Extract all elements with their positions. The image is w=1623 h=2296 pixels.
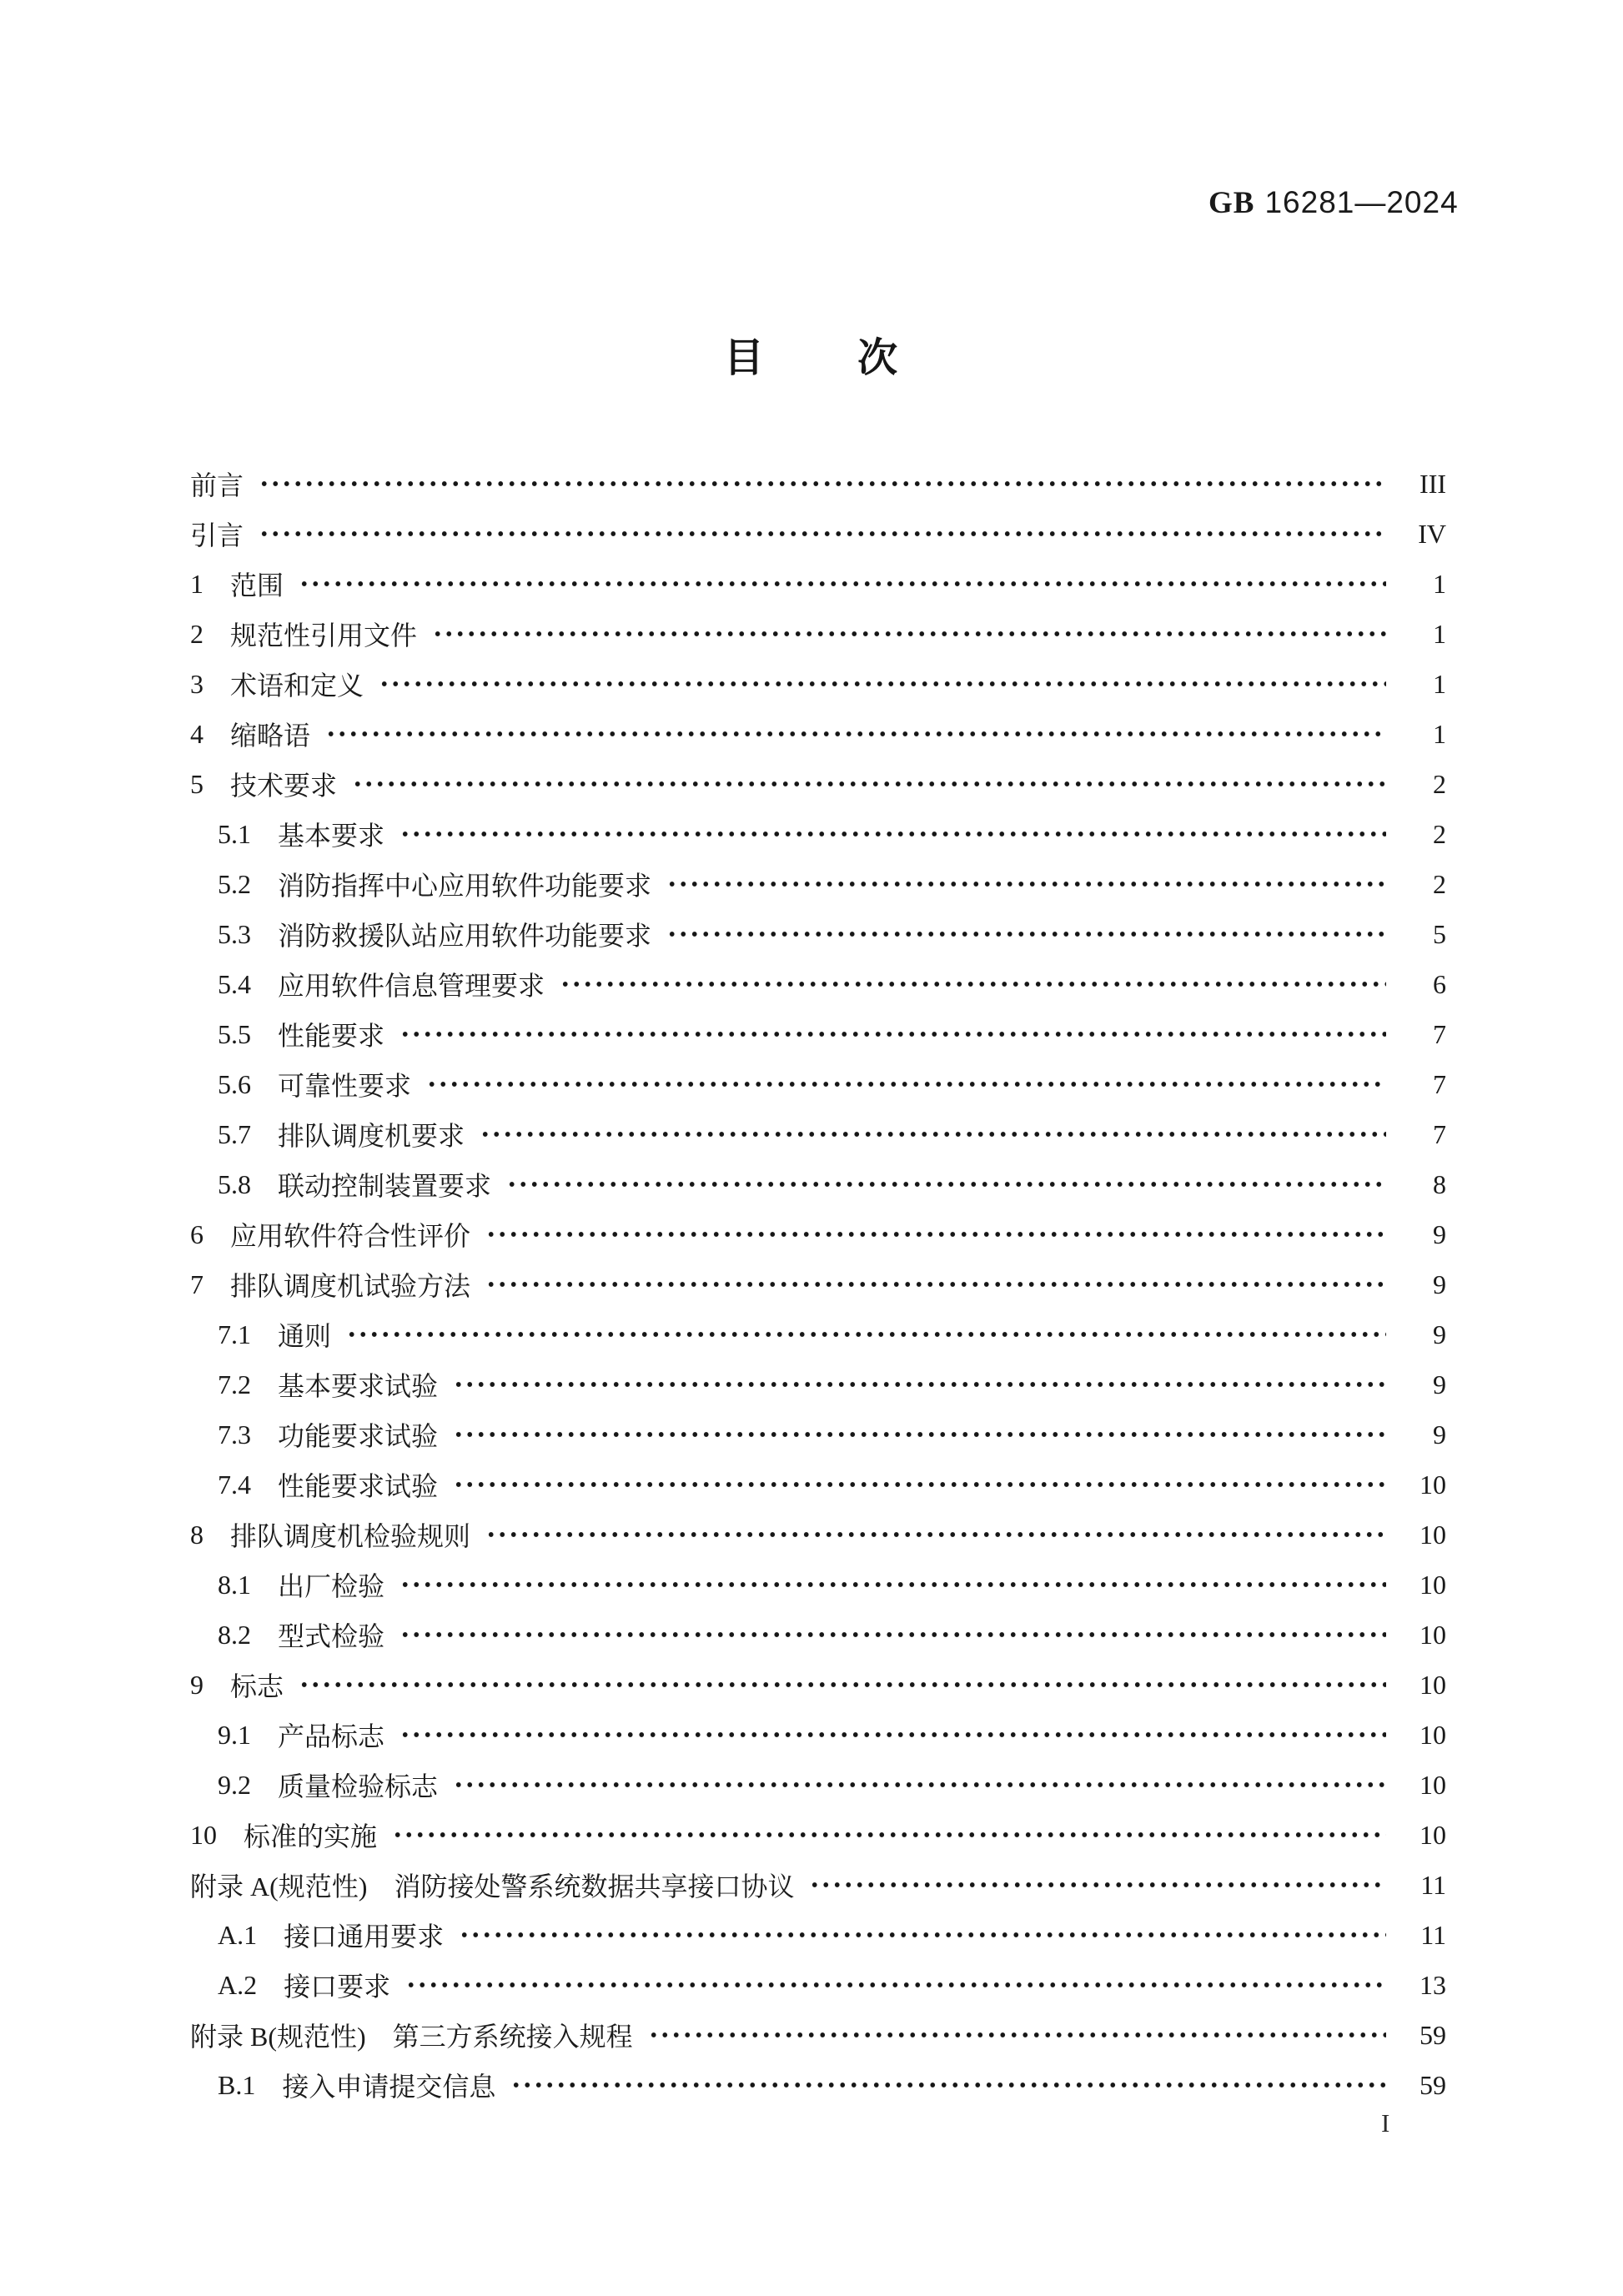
toc-entry-page: 10 <box>1398 1670 1446 1701</box>
toc-entry-number: 5.1 <box>218 819 251 850</box>
toc-entry: 附录 B(规范性)第三方系统接入规程59 <box>190 2010 1446 2060</box>
toc-entry: 7.1通则9 <box>190 1309 1446 1359</box>
toc-entry-page: 1 <box>1398 669 1446 700</box>
toc-entry-title: 标志 <box>230 1665 284 1704</box>
toc-entry-number: 7.3 <box>218 1419 251 1450</box>
page-title: 目 次 <box>0 325 1623 383</box>
toc-entry: 5.5性能要求7 <box>190 1009 1446 1059</box>
dot-leader <box>509 2060 1386 2110</box>
toc-entry: 5.6可靠性要求7 <box>190 1059 1446 1109</box>
toc-entry-title: 应用软件符合性评价 <box>230 1215 470 1254</box>
dot-leader <box>665 859 1386 909</box>
toc-entry-number: 10 <box>190 1820 217 1851</box>
document-page: GB16281—2024 目 次 前言III引言IV1范围12规范性引用文件13… <box>0 0 1623 2296</box>
toc-entry-number: 附录 B(规范性) <box>190 2016 366 2054</box>
dot-leader <box>398 809 1386 859</box>
dot-leader <box>430 609 1386 659</box>
toc-entry-number: 5.5 <box>218 1019 251 1050</box>
toc-entry-number: 7.1 <box>218 1319 251 1350</box>
toc-entry-title: 接口通用要求 <box>284 1916 444 1954</box>
toc-entry-title: 技术要求 <box>230 765 337 803</box>
toc-entry-number: 5.3 <box>218 919 251 950</box>
dot-leader <box>451 1359 1386 1409</box>
toc-entry-page: IV <box>1398 519 1446 550</box>
toc-entry-title: 接入申请提交信息 <box>282 2066 495 2104</box>
toc-entry-number: 6 <box>190 1219 204 1250</box>
toc-entry-page: 10 <box>1398 1520 1446 1550</box>
toc-entry-page: 1 <box>1398 619 1446 650</box>
dot-leader <box>404 1960 1386 2010</box>
toc-entry: 4缩略语1 <box>190 709 1446 759</box>
toc-entry-title: 排队调度机要求 <box>278 1115 465 1153</box>
toc-entry: 前言III <box>190 459 1446 509</box>
toc-entry-title: 规范性引用文件 <box>230 615 417 653</box>
toc-entry-title: 前言 <box>190 465 244 503</box>
toc-entry-page: 10 <box>1398 1570 1446 1600</box>
dot-leader <box>297 1660 1386 1710</box>
dot-leader <box>344 1309 1386 1359</box>
toc-entry-number: B.1 <box>218 2070 255 2101</box>
toc-entry-title: 应用软件信息管理要求 <box>278 965 545 1003</box>
toc-entry-title: 范围 <box>230 565 284 603</box>
toc-entry-title: 排队调度机检验规则 <box>230 1515 470 1554</box>
toc-entry: A.1接口通用要求11 <box>190 1910 1446 1960</box>
toc-entry: 1范围1 <box>190 559 1446 609</box>
toc-entry: 9标志10 <box>190 1660 1446 1710</box>
toc-entry-page: 10 <box>1398 1470 1446 1500</box>
dot-leader <box>484 1510 1386 1560</box>
toc-entry-page: 2 <box>1398 819 1446 850</box>
toc-entry-number: 8.2 <box>218 1620 251 1650</box>
toc-entry-page: 9 <box>1398 1419 1446 1450</box>
toc-entry-page: 10 <box>1398 1770 1446 1801</box>
toc-entry: 7排队调度机试验方法9 <box>190 1259 1446 1309</box>
dot-leader <box>398 1009 1386 1059</box>
toc-entry-page: 5 <box>1398 919 1446 950</box>
toc-entry-number: 9 <box>190 1670 204 1701</box>
toc-entry-number: 7.4 <box>218 1470 251 1500</box>
dot-leader <box>350 759 1386 809</box>
toc-entry: B.1接入申请提交信息59 <box>190 2060 1446 2110</box>
toc-entry-number: 4 <box>190 719 204 750</box>
toc-entry-title: 第三方系统接入规程 <box>393 2016 633 2054</box>
toc-entry: 5.1基本要求2 <box>190 809 1446 859</box>
toc-entry-page: 1 <box>1398 569 1446 600</box>
toc-entry: A.2接口要求13 <box>190 1960 1446 2010</box>
toc-entry-title: 性能要求 <box>278 1015 384 1053</box>
dot-leader <box>257 509 1386 559</box>
toc-entry-number: 附录 A(规范性) <box>190 1866 367 1904</box>
toc-entry-title: 型式检验 <box>278 1615 384 1654</box>
toc-entry-number: 9.2 <box>218 1770 251 1801</box>
toc-entry-page: 9 <box>1398 1219 1446 1250</box>
standard-code-prefix: GB <box>1208 186 1254 220</box>
toc-entry-page: 9 <box>1398 1369 1446 1400</box>
toc-entry: 5.2消防指挥中心应用软件功能要求2 <box>190 859 1446 909</box>
dot-leader <box>398 1610 1386 1660</box>
toc-entry-page: 6 <box>1398 969 1446 1000</box>
toc-entry-number: A.2 <box>218 1970 257 2001</box>
toc-entry-page: 7 <box>1398 1069 1446 1100</box>
dot-leader <box>398 1710 1386 1760</box>
toc-entry: 8排队调度机检验规则10 <box>190 1510 1446 1560</box>
toc-entry-title: 基本要求 <box>278 815 384 853</box>
toc-entry-page: 8 <box>1398 1169 1446 1200</box>
toc-entry-page: 10 <box>1398 1620 1446 1650</box>
dot-leader <box>505 1159 1386 1209</box>
toc-entry-page: 10 <box>1398 1820 1446 1851</box>
toc-entry-title: 术语和定义 <box>230 665 364 703</box>
dot-leader <box>558 959 1386 1009</box>
dot-leader <box>451 1760 1386 1810</box>
dot-leader <box>257 459 1386 509</box>
toc-entry-title: 功能要求试验 <box>278 1415 438 1454</box>
toc-entry: 附录 A(规范性)消防接处警系统数据共享接口协议11 <box>190 1860 1446 1910</box>
toc-entry-number: 7 <box>190 1269 204 1300</box>
toc-entry: 8.2型式检验10 <box>190 1610 1446 1660</box>
toc-entry-page: 1 <box>1398 719 1446 750</box>
dot-leader <box>807 1860 1386 1910</box>
toc-entry-number: 5.6 <box>218 1069 251 1100</box>
toc-entry-title: 性能要求试验 <box>278 1465 438 1504</box>
toc-entry-page: 59 <box>1398 2070 1446 2101</box>
toc-entry: 3术语和定义1 <box>190 659 1446 709</box>
toc-entry: 8.1出厂检验10 <box>190 1560 1446 1610</box>
toc-entry-title: 标准的实施 <box>244 1816 377 1854</box>
toc-list: 前言III引言IV1范围12规范性引用文件13术语和定义14缩略语15技术要求2… <box>190 459 1446 2110</box>
toc-entry: 5技术要求2 <box>190 759 1446 809</box>
toc-entry: 5.8联动控制装置要求8 <box>190 1159 1446 1209</box>
toc-entry-number: 9.1 <box>218 1720 251 1751</box>
toc-entry-number: 3 <box>190 669 204 700</box>
toc-entry-title: 缩略语 <box>230 715 310 753</box>
toc-entry: 引言IV <box>190 509 1446 559</box>
dot-leader <box>646 2010 1386 2060</box>
dot-leader <box>324 709 1386 759</box>
toc-entry-page: 9 <box>1398 1319 1446 1350</box>
toc-entry: 5.4应用软件信息管理要求6 <box>190 959 1446 1009</box>
toc-entry-number: 5.7 <box>218 1119 251 1150</box>
toc-entry-title: 质量检验标志 <box>278 1766 438 1804</box>
standard-code: GB16281—2024 <box>1208 185 1459 221</box>
toc-entry-number: 5.4 <box>218 969 251 1000</box>
toc-entry-page: 11 <box>1398 1870 1446 1901</box>
dot-leader <box>478 1109 1386 1159</box>
dot-leader <box>377 659 1386 709</box>
dot-leader <box>451 1409 1386 1459</box>
toc-entry-number: 5 <box>190 769 204 800</box>
toc-entry-title: 接口要求 <box>284 1966 390 2004</box>
toc-entry-number: 1 <box>190 569 204 600</box>
toc-entry-title: 通则 <box>278 1315 331 1354</box>
toc-entry: 5.3消防救援队站应用软件功能要求5 <box>190 909 1446 959</box>
dot-leader <box>398 1560 1386 1610</box>
toc-entry-page: 11 <box>1398 1920 1446 1951</box>
toc-entry: 7.2基本要求试验9 <box>190 1359 1446 1409</box>
toc-entry-number: A.1 <box>218 1920 257 1951</box>
toc-entry: 9.2质量检验标志10 <box>190 1760 1446 1810</box>
toc-entry-page: 2 <box>1398 869 1446 900</box>
dot-leader <box>451 1459 1386 1510</box>
toc-entry-page: 13 <box>1398 1970 1446 2001</box>
toc-entry-page: 10 <box>1398 1720 1446 1751</box>
page-number-footer: I <box>1381 2108 1389 2138</box>
toc-entry: 10标准的实施10 <box>190 1810 1446 1860</box>
toc-entry-page: 2 <box>1398 769 1446 800</box>
toc-entry-title: 可靠性要求 <box>278 1065 411 1103</box>
toc-entry: 9.1产品标志10 <box>190 1710 1446 1760</box>
toc-entry-number: 7.2 <box>218 1369 251 1400</box>
toc-entry-number: 8.1 <box>218 1570 251 1600</box>
toc-entry-number: 2 <box>190 619 204 650</box>
toc-entry-title: 出厂检验 <box>278 1565 384 1604</box>
dot-leader <box>484 1259 1386 1309</box>
dot-leader <box>457 1910 1386 1960</box>
toc-entry-number: 5.2 <box>218 869 251 900</box>
toc-entry: 5.7排队调度机要求7 <box>190 1109 1446 1159</box>
dot-leader <box>390 1810 1386 1860</box>
dot-leader <box>297 559 1386 609</box>
toc-entry-title: 基本要求试验 <box>278 1365 438 1404</box>
toc-entry-number: 8 <box>190 1520 204 1550</box>
toc-entry-page: III <box>1398 469 1446 500</box>
dot-leader <box>425 1059 1386 1109</box>
toc-entry-page: 59 <box>1398 2020 1446 2051</box>
toc-entry: 7.4性能要求试验10 <box>190 1459 1446 1510</box>
toc-entry-title: 消防接处警系统数据共享接口协议 <box>394 1866 794 1904</box>
toc-entry: 6应用软件符合性评价9 <box>190 1209 1446 1259</box>
toc-entry: 7.3功能要求试验9 <box>190 1409 1446 1459</box>
standard-code-number: 16281—2024 <box>1264 185 1458 219</box>
toc-entry-title: 消防指挥中心应用软件功能要求 <box>278 865 651 903</box>
toc-entry-number: 5.8 <box>218 1169 251 1200</box>
dot-leader <box>665 909 1386 959</box>
toc-entry-title: 产品标志 <box>278 1716 384 1754</box>
toc-entry-page: 9 <box>1398 1269 1446 1300</box>
toc-entry-title: 排队调度机试验方法 <box>230 1265 470 1304</box>
toc-entry-title: 消防救援队站应用软件功能要求 <box>278 915 651 953</box>
toc-entry: 2规范性引用文件1 <box>190 609 1446 659</box>
toc-entry-title: 引言 <box>190 515 244 553</box>
toc-entry-title: 联动控制装置要求 <box>278 1165 491 1203</box>
dot-leader <box>484 1209 1386 1259</box>
toc-entry-page: 7 <box>1398 1019 1446 1050</box>
toc-entry-page: 7 <box>1398 1119 1446 1150</box>
